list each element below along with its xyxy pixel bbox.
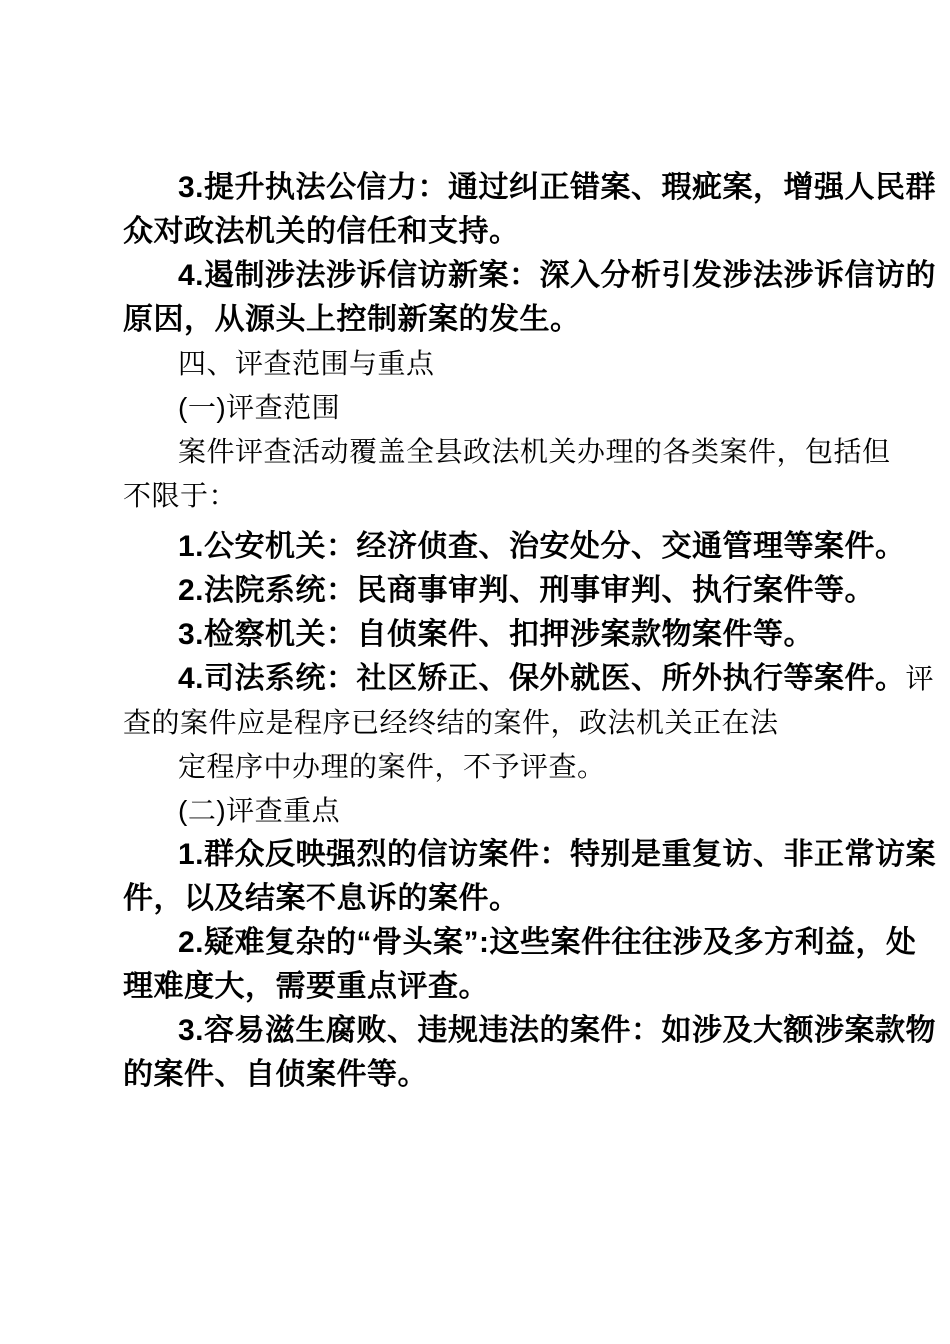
text-line: 件，以及结案不息诉的案件。 — [123, 877, 835, 921]
text-line: 查的案件应是程序已经终结的案件，政法机关正在法 — [123, 701, 835, 745]
line-text: 4.司法系统：社区矫正、保外就医、所外执行等案件。 — [178, 662, 906, 695]
line-text: 件，以及结案不息诉的案件。 — [123, 882, 520, 915]
line-text: 众对政法机关的信任和支持。 — [123, 215, 520, 248]
text-line: 3.提升执法公信力：通过纠正错案、瑕疵案，增强人民群 — [123, 166, 835, 210]
line-text: 四、评查范围与重点 — [178, 348, 435, 379]
list-item: 3.检察机关：自侦案件、扣押涉案款物案件等。 — [123, 613, 835, 657]
text-line: 4.遏制涉法涉诉信访新案：深入分析引发涉法涉诉信访的 — [123, 254, 835, 298]
text-line: 原因，从源头上控制新案的发生。 — [123, 298, 835, 342]
text-line: 不限于： — [123, 474, 835, 518]
line-text: 2.疑难复杂的“骨头案”:这些案件往往涉及多方利益，处 — [178, 926, 917, 959]
line-text: 的案件、自侦案件等。 — [123, 1058, 428, 1091]
line-text: (一)评查范围 — [178, 392, 340, 423]
list-item: 2.法院系统：民商事审判、刑事审判、执行案件等。 — [123, 569, 835, 613]
list-item: 3.容易滋生腐败、违规违法的案件：如涉及大额涉案款物 — [123, 1009, 835, 1053]
text-line: 定程序中办理的案件，不予评查。 — [123, 745, 835, 789]
subsection-heading: (一)评查范围 — [123, 386, 835, 430]
line-text: 定程序中办理的案件，不予评查。 — [178, 751, 606, 782]
section-heading: 四、评查范围与重点 — [123, 342, 835, 386]
document-page: 3.提升执法公信力：通过纠正错案、瑕疵案，增强人民群 众对政法机关的信任和支持。… — [123, 166, 835, 1097]
text-line: 理难度大，需要重点评查。 — [123, 965, 835, 1009]
list-item: 4.司法系统：社区矫正、保外就医、所外执行等案件。评 — [123, 657, 835, 701]
line-text: 理难度大，需要重点评查。 — [123, 970, 489, 1003]
line-text: (二)评查重点 — [178, 795, 340, 826]
text-line: 众对政法机关的信任和支持。 — [123, 210, 835, 254]
subsection-heading: (二)评查重点 — [123, 789, 835, 833]
line-text: 评 — [906, 663, 935, 694]
line-text: 1.群众反映强烈的信访案件：特别是重复访、非正常访案 — [178, 838, 936, 871]
text-line: 的案件、自侦案件等。 — [123, 1053, 835, 1097]
line-text: 3.提升执法公信力：通过纠正错案、瑕疵案，增强人民群 — [178, 171, 936, 204]
line-text: 不限于： — [123, 480, 237, 511]
line-text: 1.公安机关：经济侦查、治安处分、交通管理等案件。 — [178, 530, 906, 563]
text-line: 案件评查活动覆盖全县政法机关办理的各类案件，包括但 — [123, 430, 835, 474]
list-item: 1.群众反映强烈的信访案件：特别是重复访、非正常访案 — [123, 833, 835, 877]
line-text: 原因，从源头上控制新案的发生。 — [123, 303, 581, 336]
line-text: 查的案件应是程序已经终结的案件，政法机关正在法 — [123, 707, 779, 738]
line-text: 3.容易滋生腐败、违规违法的案件：如涉及大额涉案款物 — [178, 1014, 936, 1047]
line-text: 案件评查活动覆盖全县政法机关办理的各类案件，包括但 — [178, 436, 891, 467]
line-text: 4.遏制涉法涉诉信访新案：深入分析引发涉法涉诉信访的 — [178, 259, 936, 292]
list-item: 1.公安机关：经济侦查、治安处分、交通管理等案件。 — [123, 525, 835, 569]
list-item: 2.疑难复杂的“骨头案”:这些案件往往涉及多方利益，处 — [123, 921, 835, 965]
line-text: 2.法院系统：民商事审判、刑事审判、执行案件等。 — [178, 574, 875, 607]
line-text: 3.检察机关：自侦案件、扣押涉案款物案件等。 — [178, 618, 814, 651]
